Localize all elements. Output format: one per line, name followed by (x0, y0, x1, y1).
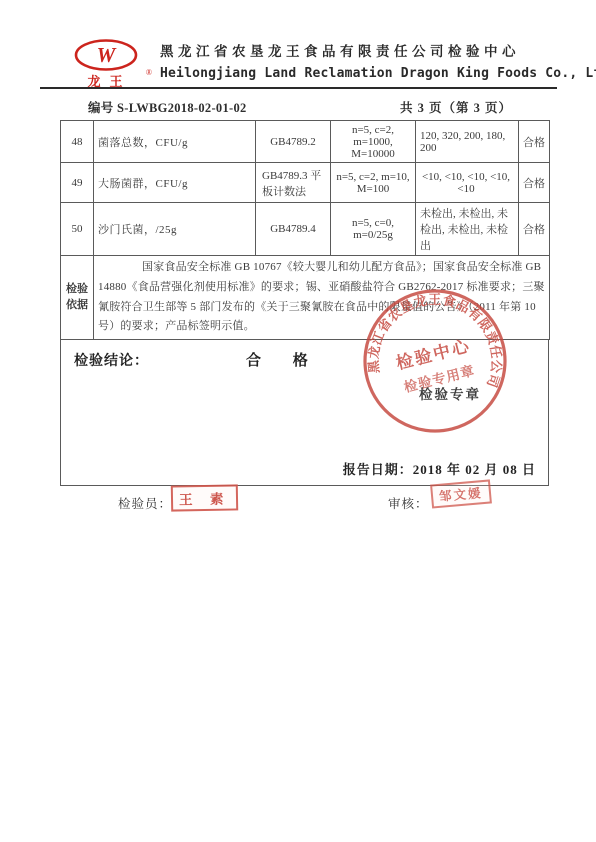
registered-trademark-icon: ® (146, 68, 152, 77)
logo-ellipse-w-icon: W (66, 38, 150, 74)
svg-text:W: W (97, 43, 117, 67)
row-result: <10, <10, <10, <10, <10 (416, 163, 519, 203)
conclusion-label: 检验结论： (74, 350, 149, 370)
row-conclusion: 合格 (519, 163, 550, 203)
inspection-basis-text: 国家食品安全标准 GB 10767《较大婴儿和幼儿配方食品》；国家食品安全标准 … (94, 256, 550, 340)
row-result: 未检出, 未检出, 未检出, 未检出, 未检出 (416, 203, 519, 256)
report-date: 报告日期：2018 年 02 月 08 日 (343, 459, 536, 478)
row-no: 49 (61, 163, 94, 203)
inspection-report-page: W 龙王 ® 黑龙江省农垦龙王食品有限责任公司检验中心 Heilongjiang… (0, 0, 596, 842)
conclusion-section: 检验结论： 合 格 报告日期：2018 年 02 月 08 日 (60, 340, 549, 486)
row-requirement: n=5, c=2, m=1000, M=10000 (331, 121, 416, 163)
inspection-basis-row: 检验依据 国家食品安全标准 GB 10767《较大婴儿和幼儿配方食品》；国家食品… (61, 256, 550, 340)
table-row: 49 大肠菌群，CFU/g GB4789.3 平板计数法 n=5, c=2, m… (61, 163, 550, 203)
row-conclusion: 合格 (519, 203, 550, 256)
inspection-basis-label: 检验依据 (61, 256, 94, 340)
conclusion-value: 合 格 (246, 349, 322, 370)
row-requirement: n=5, c=2, m=10, M=100 (331, 163, 416, 203)
reviewer-label: 审核： (388, 494, 429, 512)
letterhead: W 龙王 ® 黑龙江省农垦龙王食品有限责任公司检验中心 Heilongjiang… (64, 36, 558, 81)
company-titles: 黑龙江省农垦龙王食品有限责任公司检验中心 Heilongjiang Land R… (160, 36, 558, 81)
row-result: 120, 320, 200, 180, 200 (416, 121, 519, 163)
row-requirement: n=5, c=0, m=0/25g (331, 203, 416, 256)
company-title-cn: 黑龙江省农垦龙王食品有限责任公司检验中心 (160, 40, 558, 60)
row-item: 沙门氏菌，/25g (94, 203, 256, 256)
row-method: GB4789.4 (256, 203, 331, 256)
row-no: 50 (61, 203, 94, 256)
company-title-en: Heilongjiang Land Reclamation Dragon Kin… (160, 66, 558, 81)
row-item: 大肠菌群，CFU/g (94, 163, 256, 203)
letterhead-divider (40, 87, 557, 89)
row-method: GB4789.3 平板计数法 (256, 163, 331, 203)
inspector-label: 检验员： (118, 494, 172, 512)
dragon-king-logo: W 龙王 ® (66, 38, 150, 88)
row-method: GB4789.2 (256, 121, 331, 163)
row-conclusion: 合格 (519, 121, 550, 163)
row-item: 菌落总数，CFU/g (94, 121, 256, 163)
seal-printed-caption: 检验专章 (419, 383, 481, 403)
reviewer-name-stamp: 邹文媛 (430, 479, 491, 508)
page-count: 共 3 页（第 3 页） (400, 98, 512, 116)
table-row: 48 菌落总数，CFU/g GB4789.2 n=5, c=2, m=1000,… (61, 121, 550, 163)
report-body-frame: 48 菌落总数，CFU/g GB4789.2 n=5, c=2, m=1000,… (60, 120, 549, 486)
signature-row: 检验员： 王 素 审核： 邹文媛 (0, 482, 596, 522)
row-no: 48 (61, 121, 94, 163)
document-number: 编号 S-LWBG2018-02-01-02 (88, 98, 247, 116)
results-table: 48 菌落总数，CFU/g GB4789.2 n=5, c=2, m=1000,… (60, 120, 550, 340)
inspector-name-stamp: 王 素 (171, 484, 239, 511)
table-row: 50 沙门氏菌，/25g GB4789.4 n=5, c=0, m=0/25g … (61, 203, 550, 256)
